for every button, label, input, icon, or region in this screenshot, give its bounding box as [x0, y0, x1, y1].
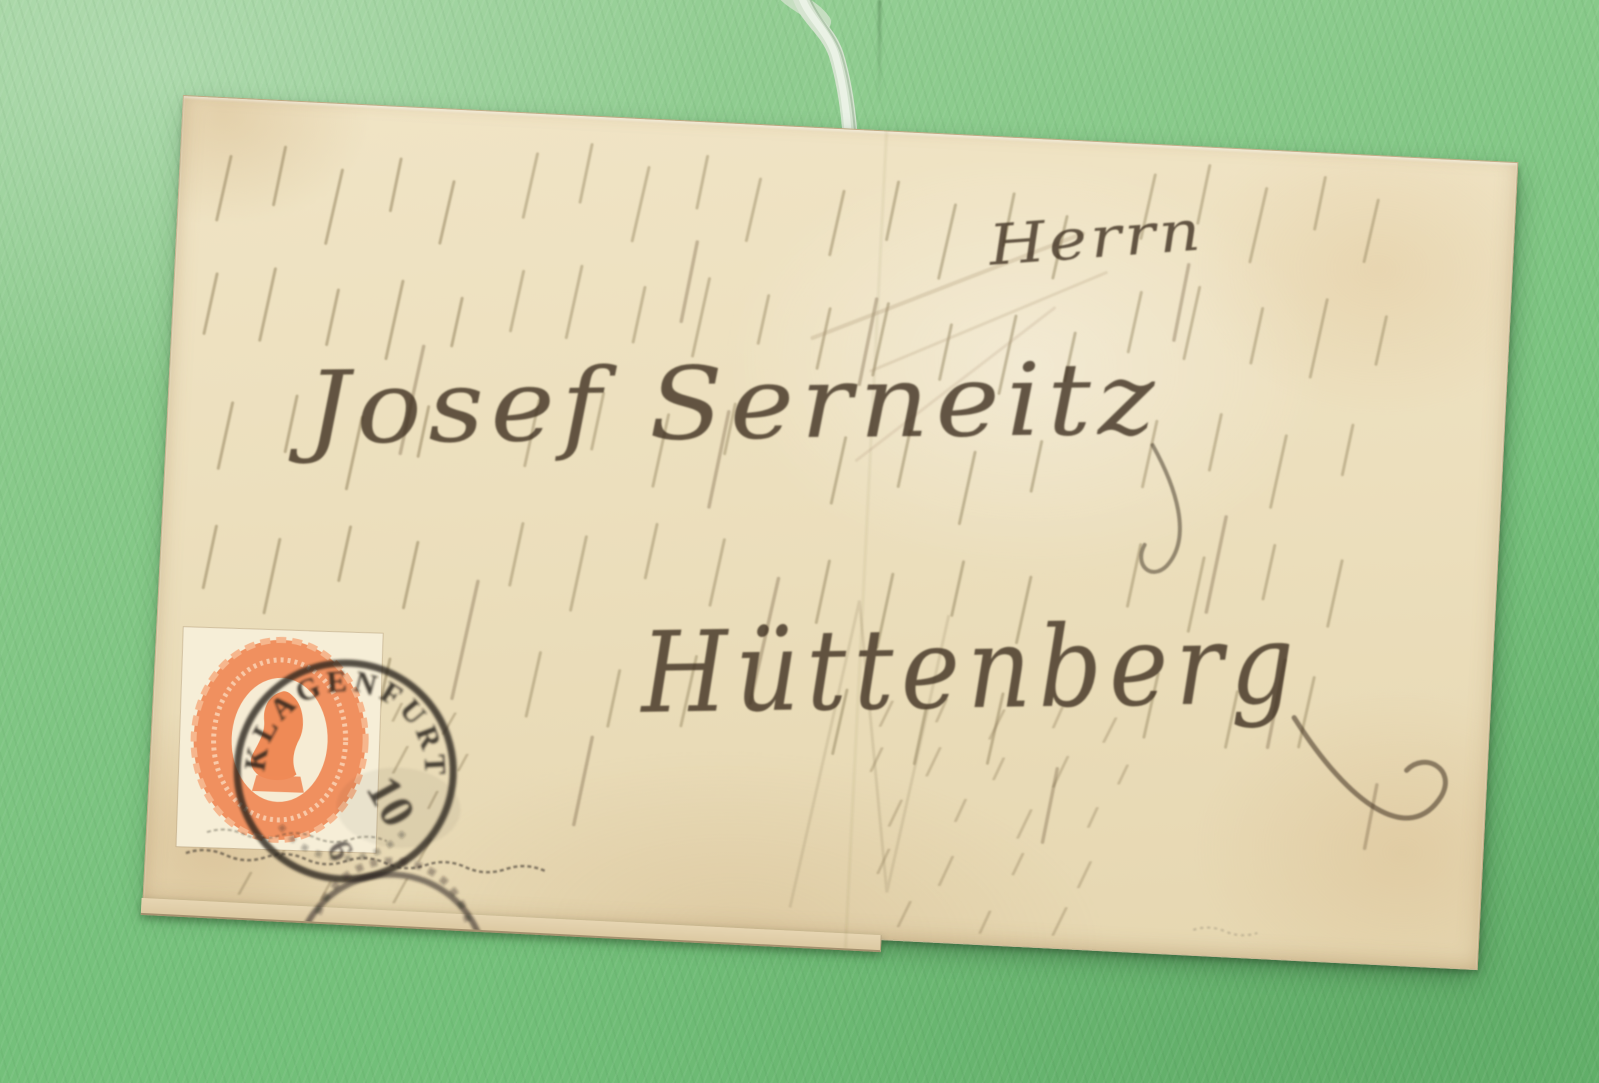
photo-background: Herrn Josef Serneitz Hüttenberg [0, 0, 1599, 1083]
address-line-name: Josef Serneitz [287, 340, 1162, 466]
pen-flourish [1289, 718, 1448, 820]
address-line-town: Hüttenberg [638, 599, 1302, 738]
address-line-recipient-title: Herrn [986, 198, 1206, 278]
envelope-artwork: Herrn Josef Serneitz Hüttenberg [143, 96, 1517, 980]
address-block: Herrn Josef Serneitz Hüttenberg [267, 153, 1475, 820]
envelope-cover: Herrn Josef Serneitz Hüttenberg [142, 95, 1518, 970]
